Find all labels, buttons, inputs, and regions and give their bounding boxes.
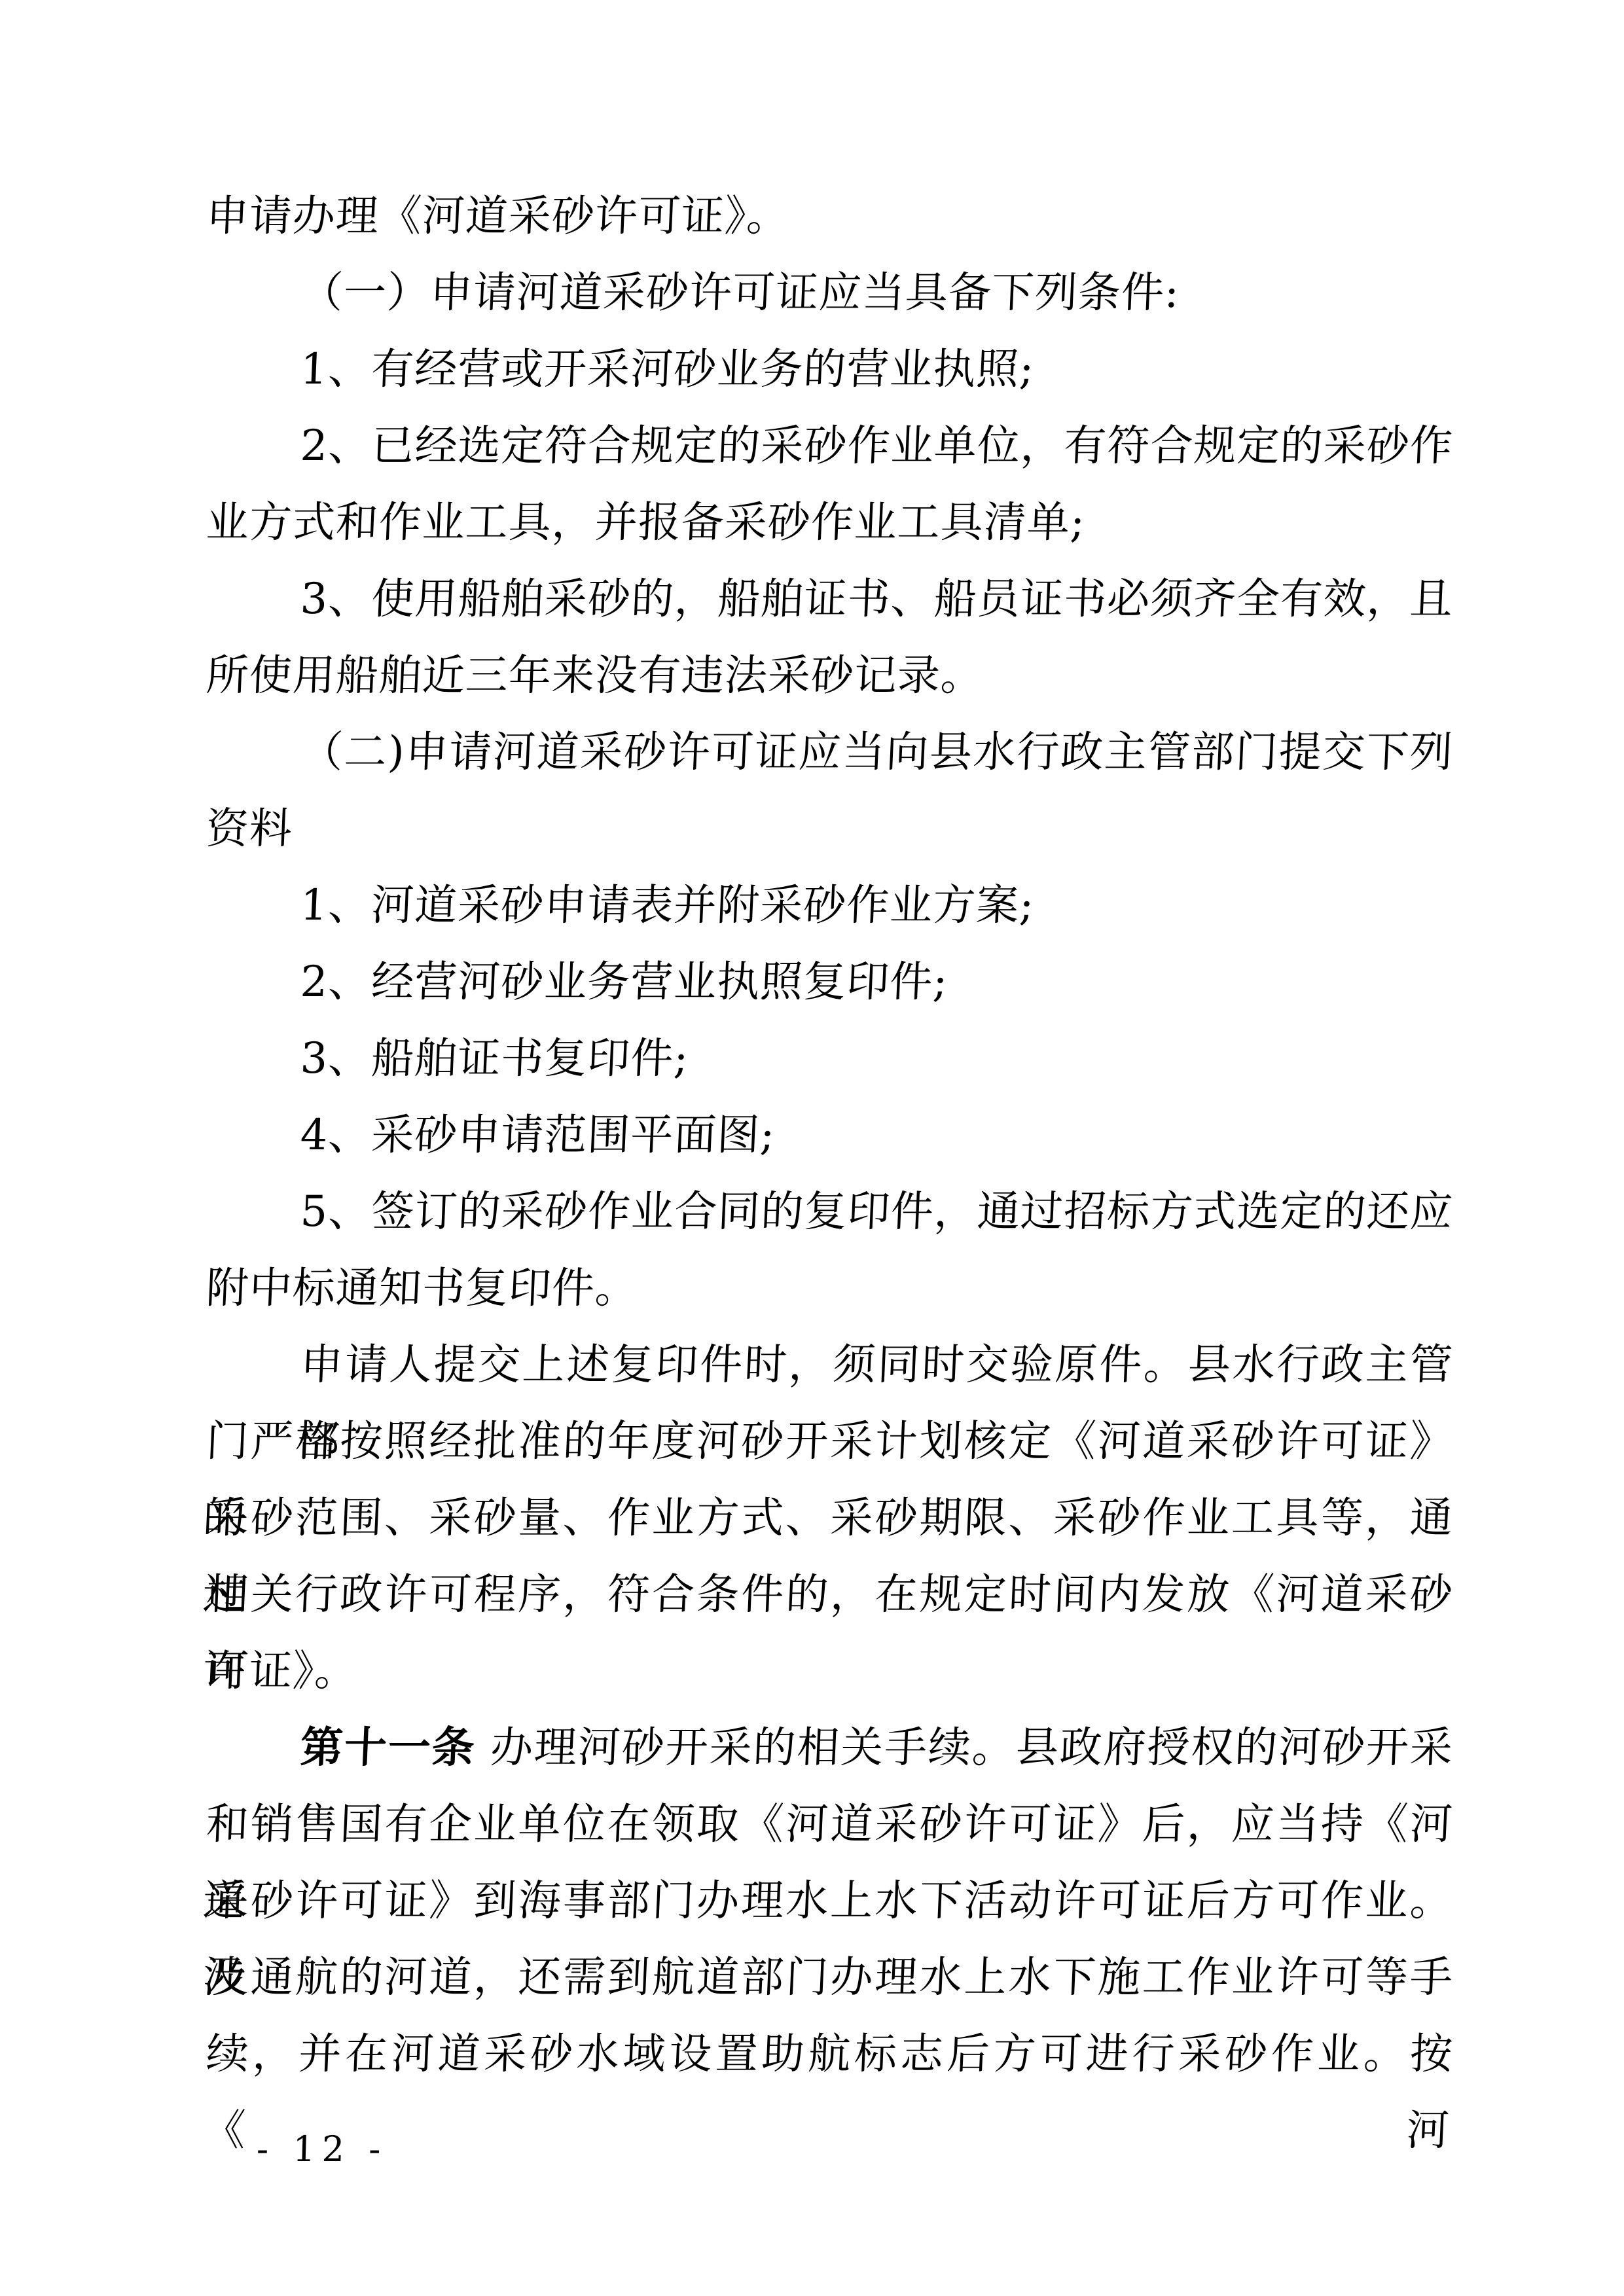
doc-line: （一）申请河道采砂许可证应当具备下列条件: [204, 255, 1454, 331]
doc-line: 3、船舶证书复印件; [204, 1020, 1454, 1097]
doc-line: 附中标通知书复印件。 [204, 1250, 1454, 1327]
doc-line: 续，并在河道采砂水域设置助航标志后方可进行采砂作业。按《河 [204, 2016, 1454, 2092]
document-text-block: 申请办理《河道采砂许可证》。 （一）申请河道采砂许可证应当具备下列条件: 1、有… [206, 178, 1453, 2092]
doc-line: 1、有经营或开采河砂业务的营业执照; [204, 331, 1454, 408]
doc-line: 可证》。 [204, 1633, 1454, 1710]
doc-line: 及通航的河道，还需到航道部门办理水上水下施工作业许可等手 [204, 1939, 1454, 2016]
doc-line: 2、经营河砂业务营业执照复印件; [204, 944, 1454, 1020]
doc-line: 所使用船舶近三年来没有违法采砂记录。 [204, 637, 1454, 714]
doc-line: 采砂许可证》到海事部门办理水上水下活动许可证后方可作业。涉 [204, 1863, 1454, 1939]
article-number-bold: 第十一条 [299, 1723, 477, 1772]
article-text: 办理河砂开采的相关手续。县政府授权的河砂开采 [475, 1723, 1454, 1772]
doc-line: （二)申请河道采砂许可证应当向县水行政主管部门提交下列 [204, 714, 1454, 791]
page-number-footer: - 12 - [256, 2128, 388, 2170]
doc-line: 业方式和作业工具，并报备采砂作业工具清单; [204, 484, 1454, 561]
doc-line: 相关行政许可程序，符合条件的，在规定时间内发放《河道采砂许 [204, 1556, 1454, 1633]
doc-line: 1、河道采砂申请表并附采砂作业方案; [204, 867, 1454, 944]
doc-line-article-11: 第十一条 办理河砂开采的相关手续。县政府授权的河砂开采 [204, 1710, 1454, 1786]
doc-line: 3、使用船舶采砂的，船舶证书、船员证书必须齐全有效，且 [204, 561, 1454, 637]
document-page: 申请办理《河道采砂许可证》。 （一）申请河道采砂许可证应当具备下列条件: 1、有… [0, 0, 1624, 2296]
doc-line: 申请办理《河道采砂许可证》。 [204, 178, 1454, 255]
doc-line: 2、已经选定符合规定的采砂作业单位，有符合规定的采砂作 [204, 408, 1454, 484]
doc-line: 采砂范围、采砂量、作业方式、采砂期限、采砂作业工具等，通过 [204, 1480, 1454, 1556]
doc-line: 申请人提交上述复印件时，须同时交验原件。县水行政主管部 [204, 1327, 1454, 1403]
doc-line: 4、采砂申请范围平面图; [204, 1097, 1454, 1174]
doc-line: 门严格按照经批准的年度河砂开采计划核定《河道采砂许可证》的 [204, 1403, 1454, 1480]
doc-line: 和销售国有企业单位在领取《河道采砂许可证》后，应当持《河道 [204, 1786, 1454, 1863]
doc-line: 5、签订的采砂作业合同的复印件，通过招标方式选定的还应 [204, 1174, 1454, 1250]
doc-line: 资料 [204, 791, 1454, 867]
